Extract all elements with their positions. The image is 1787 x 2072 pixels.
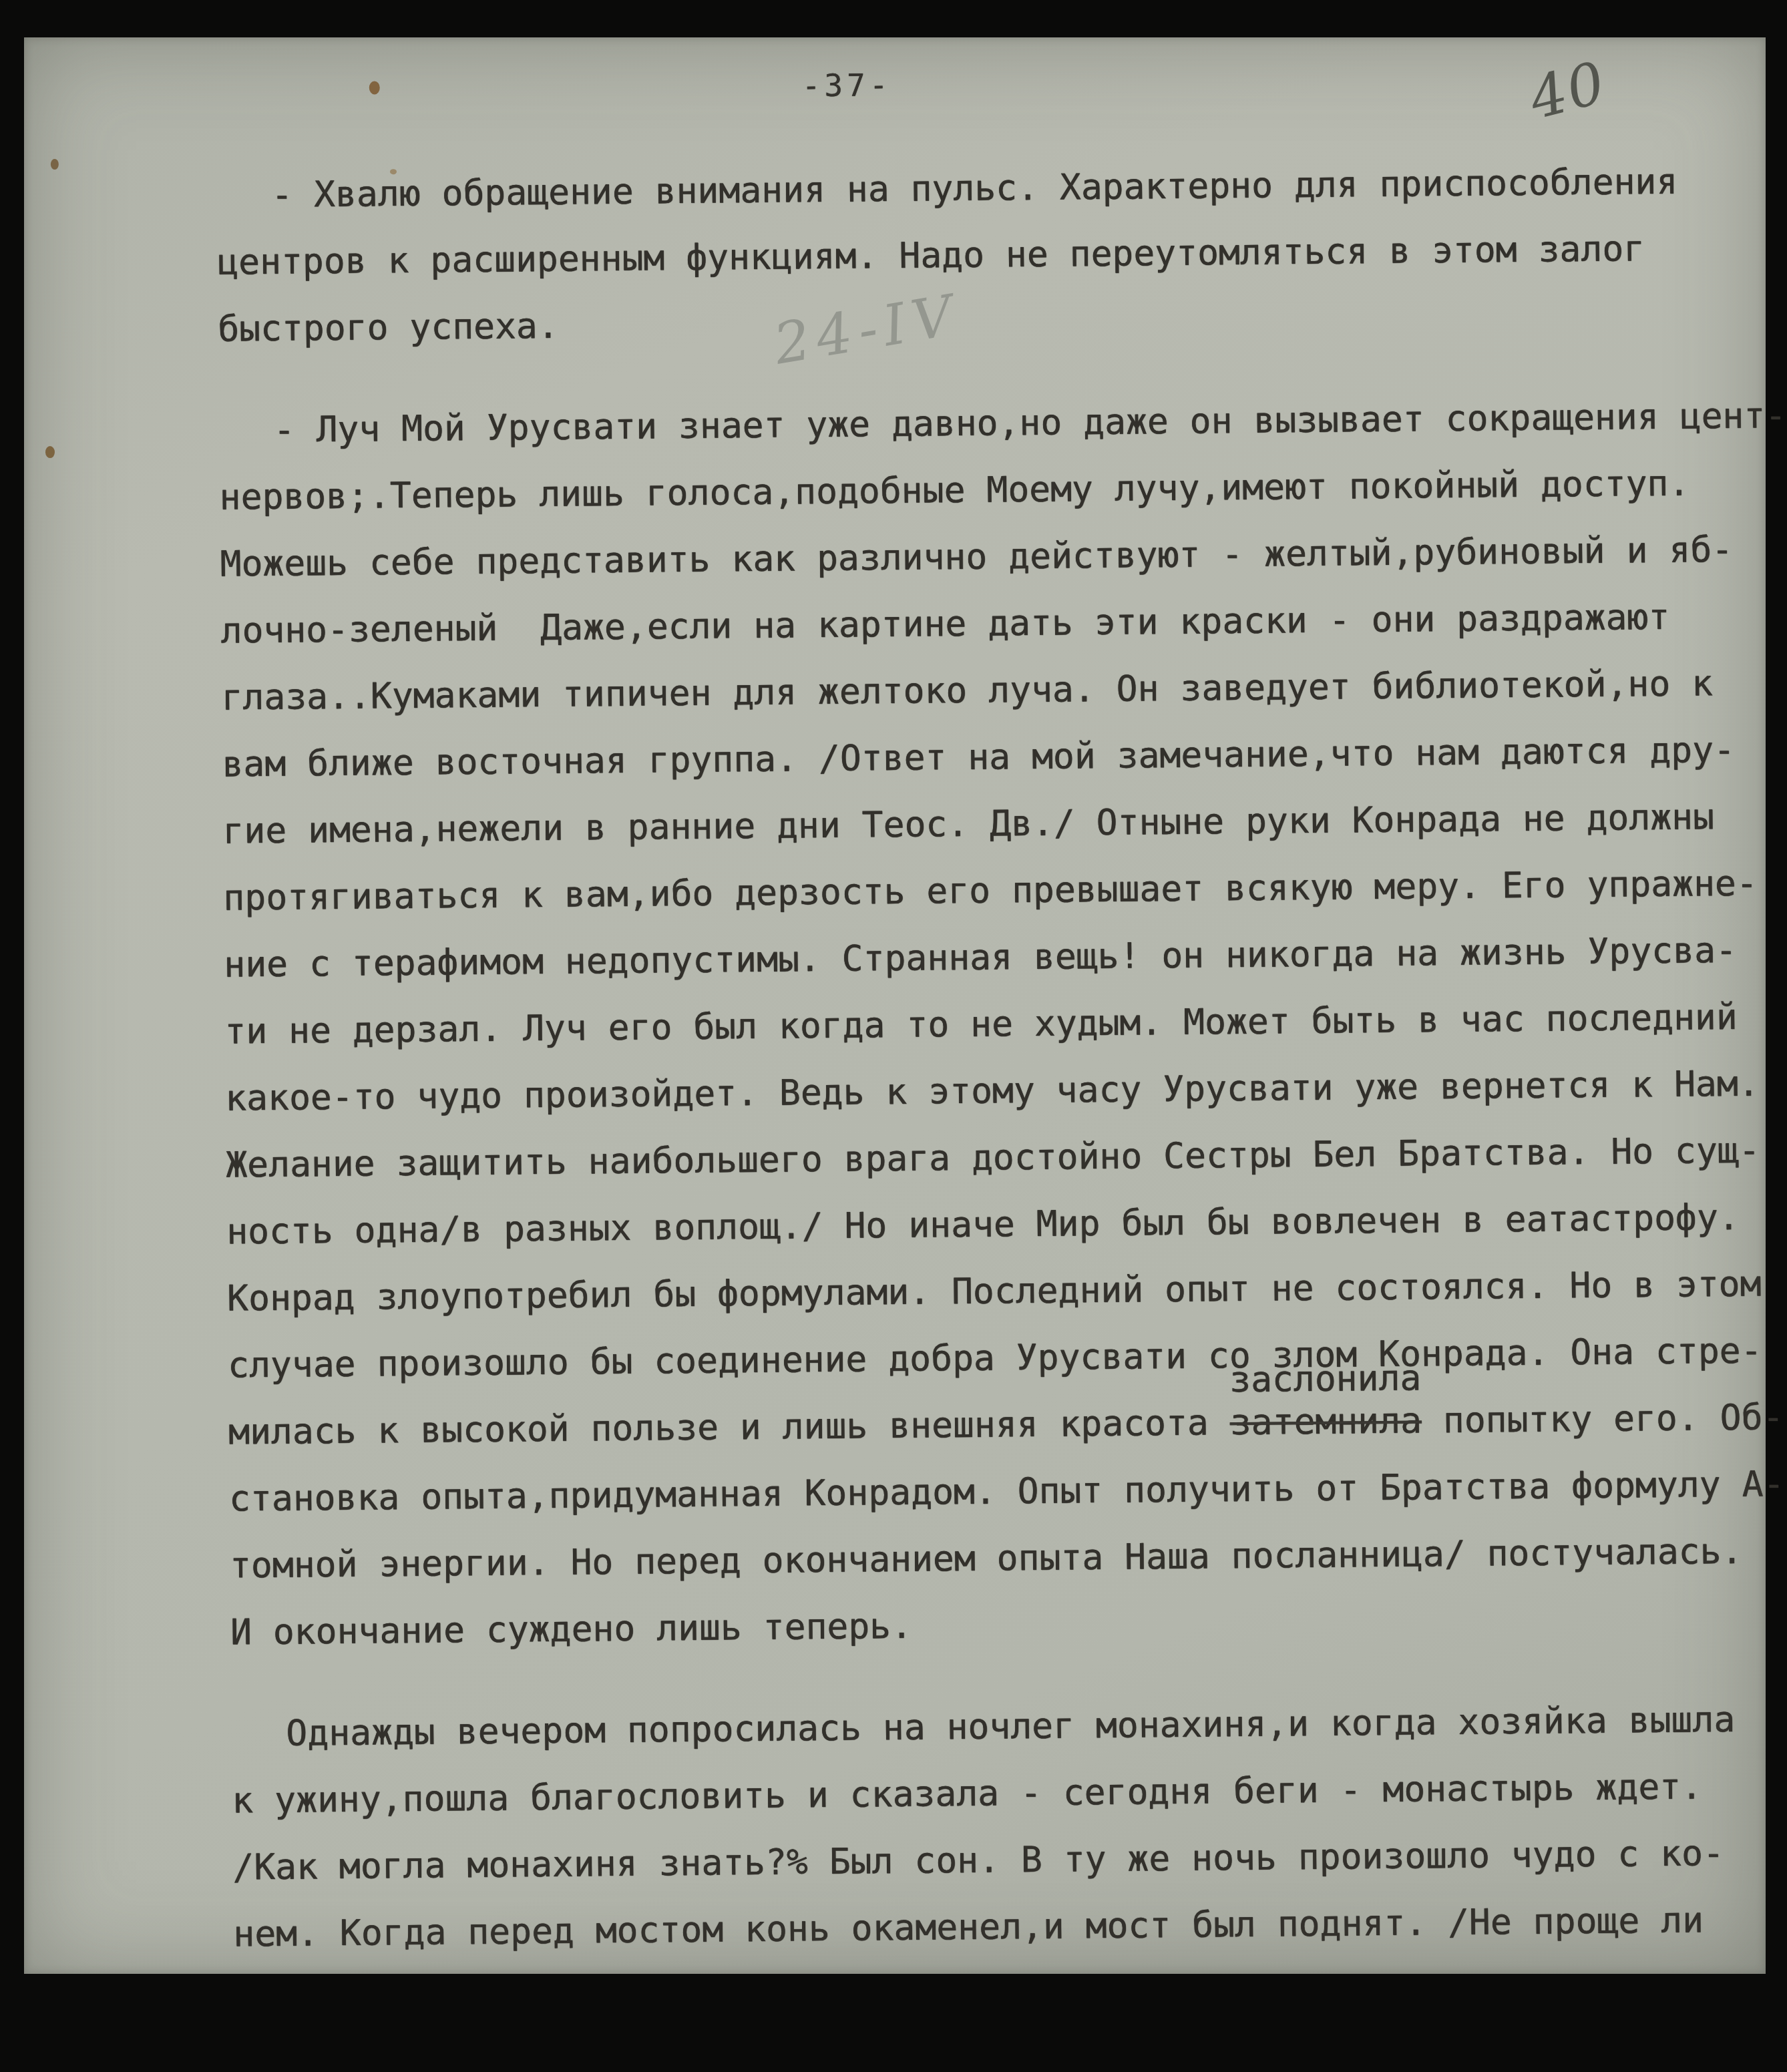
page-content: -37- 40 24-IV - Хвалю обращение внимания… (15, 29, 1775, 1983)
handwritten-number-annotation: 40 (1523, 49, 1613, 133)
text-segment: милась к высокой пользе и лишь внешняя к… (228, 1402, 1230, 1452)
paper-stain (51, 159, 59, 170)
corrected-word: затемнилазаслонила (1229, 1388, 1422, 1456)
paragraph-3: Однажды вечером попросилась на ночлег мо… (231, 1687, 1743, 1969)
typewritten-page: -37- 40 24-IV - Хвалю обращение внимания… (24, 37, 1766, 1974)
paragraph-1: - Хвалю обращение внимания на пульс. Хар… (216, 148, 1728, 363)
interlinear-correction: заслонила (1229, 1345, 1422, 1414)
paragraph-2: - Луч Мой Урусвати знает уже давно,но да… (218, 383, 1740, 1667)
text-line: быстрого успеха. (218, 282, 1728, 363)
scanned-document-screen: -37- 40 24-IV - Хвалю обращение внимания… (0, 0, 1787, 2072)
text-line: И окончание суждено лишь теперь. (230, 1585, 1740, 1667)
page-number: -37- (802, 67, 892, 103)
typewritten-text: - Хвалю обращение внимания на пульс. Хар… (216, 148, 1743, 1969)
text-line: нем. Когда перед мостом конь окаменел,и … (233, 1887, 1743, 1969)
paper-stain (45, 446, 55, 458)
text-segment: попытку его. Об- (1422, 1397, 1784, 1441)
paper-stain (369, 81, 380, 94)
